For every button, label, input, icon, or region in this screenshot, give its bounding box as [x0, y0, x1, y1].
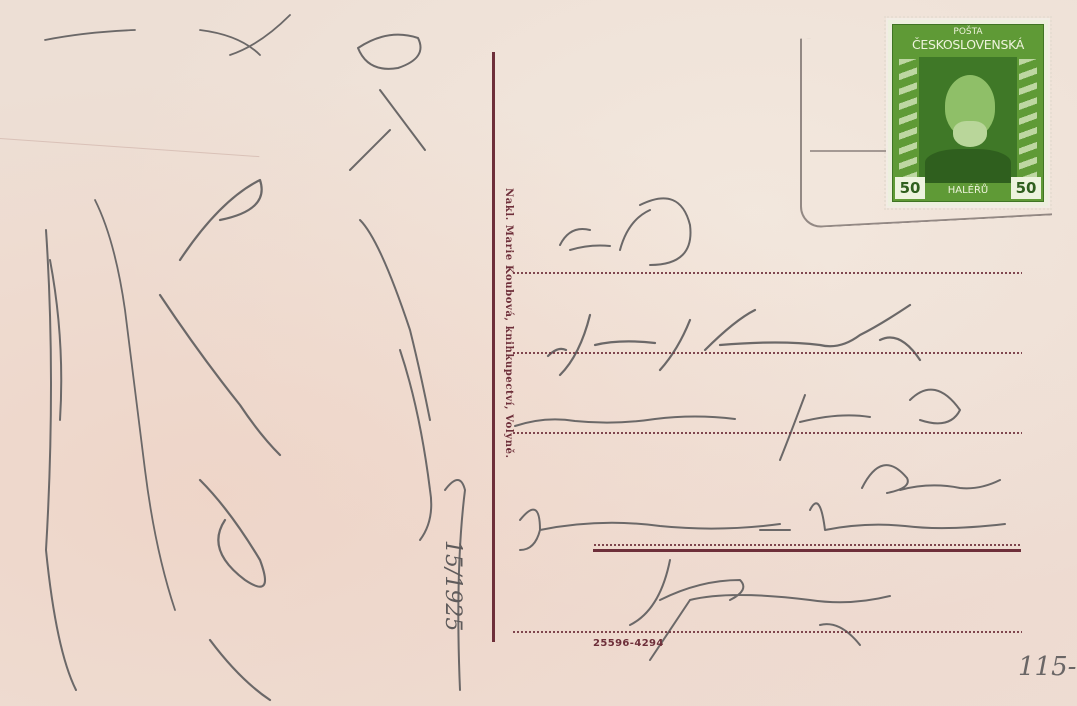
address-underline [593, 549, 1021, 552]
portrait-beard [953, 121, 987, 147]
stamp-currency: HALÉŘŮ [931, 185, 1005, 196]
serial-number: 25596-4294 [593, 638, 664, 649]
laurel-right-icon [1019, 59, 1037, 181]
postmark-bar [810, 150, 890, 152]
price-annotation: 115- [1018, 652, 1076, 682]
stamp-value-left: 50 [895, 177, 925, 199]
paper-crease [0, 138, 259, 197]
stamp-value-right: 50 [1011, 177, 1041, 199]
laurel-left-icon [899, 59, 917, 181]
address-line-1 [512, 272, 1022, 274]
address-line-5 [512, 631, 1022, 633]
postcard-back: Srdečný pozdrav a vzpomínku Josef Pavel … [0, 0, 1077, 706]
publisher-imprint: Nakl. Marie Koubová, knihkupectví, Volyn… [503, 188, 514, 568]
message-date: 15/1925 [440, 540, 465, 631]
address-line-3 [512, 432, 1022, 434]
center-divider-line [492, 52, 495, 642]
stamp-frame: POŠTA ČESKOSLOVENSKÁ 50 HALÉŘŮ 50 [892, 24, 1044, 202]
portrait-coat [925, 149, 1011, 183]
stamp-country-line1: POŠTA [893, 27, 1043, 37]
stamp-country-line2: ČESKOSLOVENSKÁ [893, 37, 1043, 52]
postage-stamp: POŠTA ČESKOSLOVENSKÁ 50 HALÉŘŮ 50 [888, 20, 1048, 206]
address-line-4 [593, 544, 1021, 546]
portrait-icon [919, 57, 1017, 183]
